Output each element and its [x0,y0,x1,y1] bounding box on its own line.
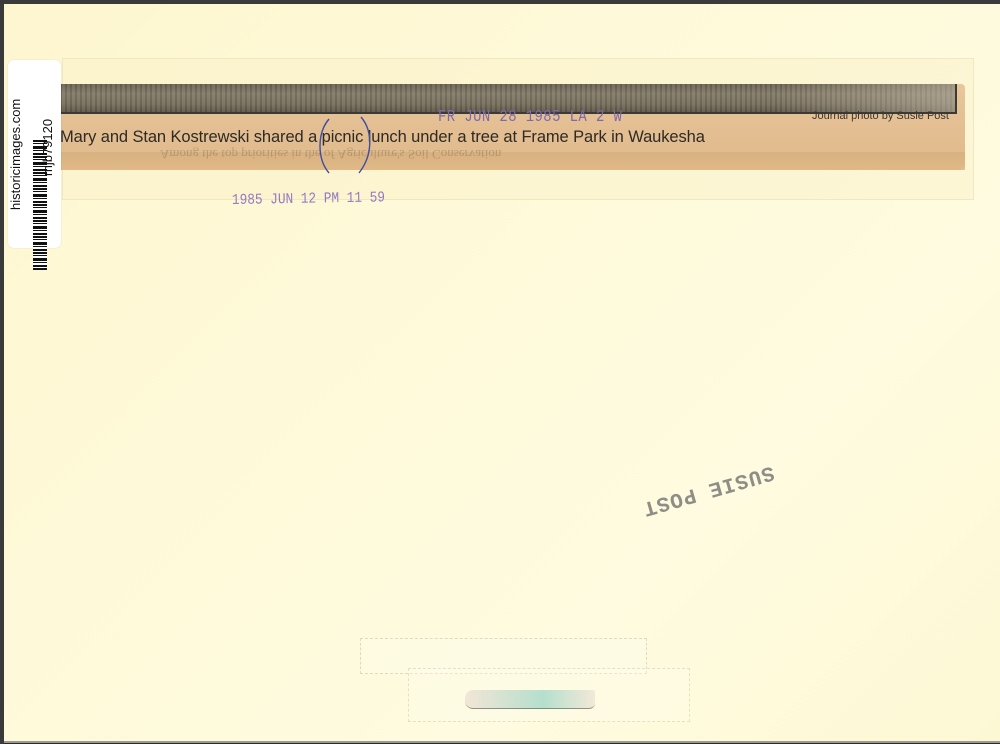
archive-item-id: mjb79120 [40,119,55,176]
adhesive-residue [465,690,595,709]
received-date-stamp: 1985 JUN 12 PM 11 59 [232,189,385,209]
photo-credit: Journal photo by Susie Post [812,110,949,122]
archive-site: historicimages.com [8,99,23,210]
publication-date-stamp: FR JUN 28 1985 LA 2 W [438,108,622,127]
photo-caption: Mary and Stan Kostrewski shared a picnic… [60,128,705,147]
bleed-through-text: Among the top priorities in the of Agric… [160,146,501,162]
